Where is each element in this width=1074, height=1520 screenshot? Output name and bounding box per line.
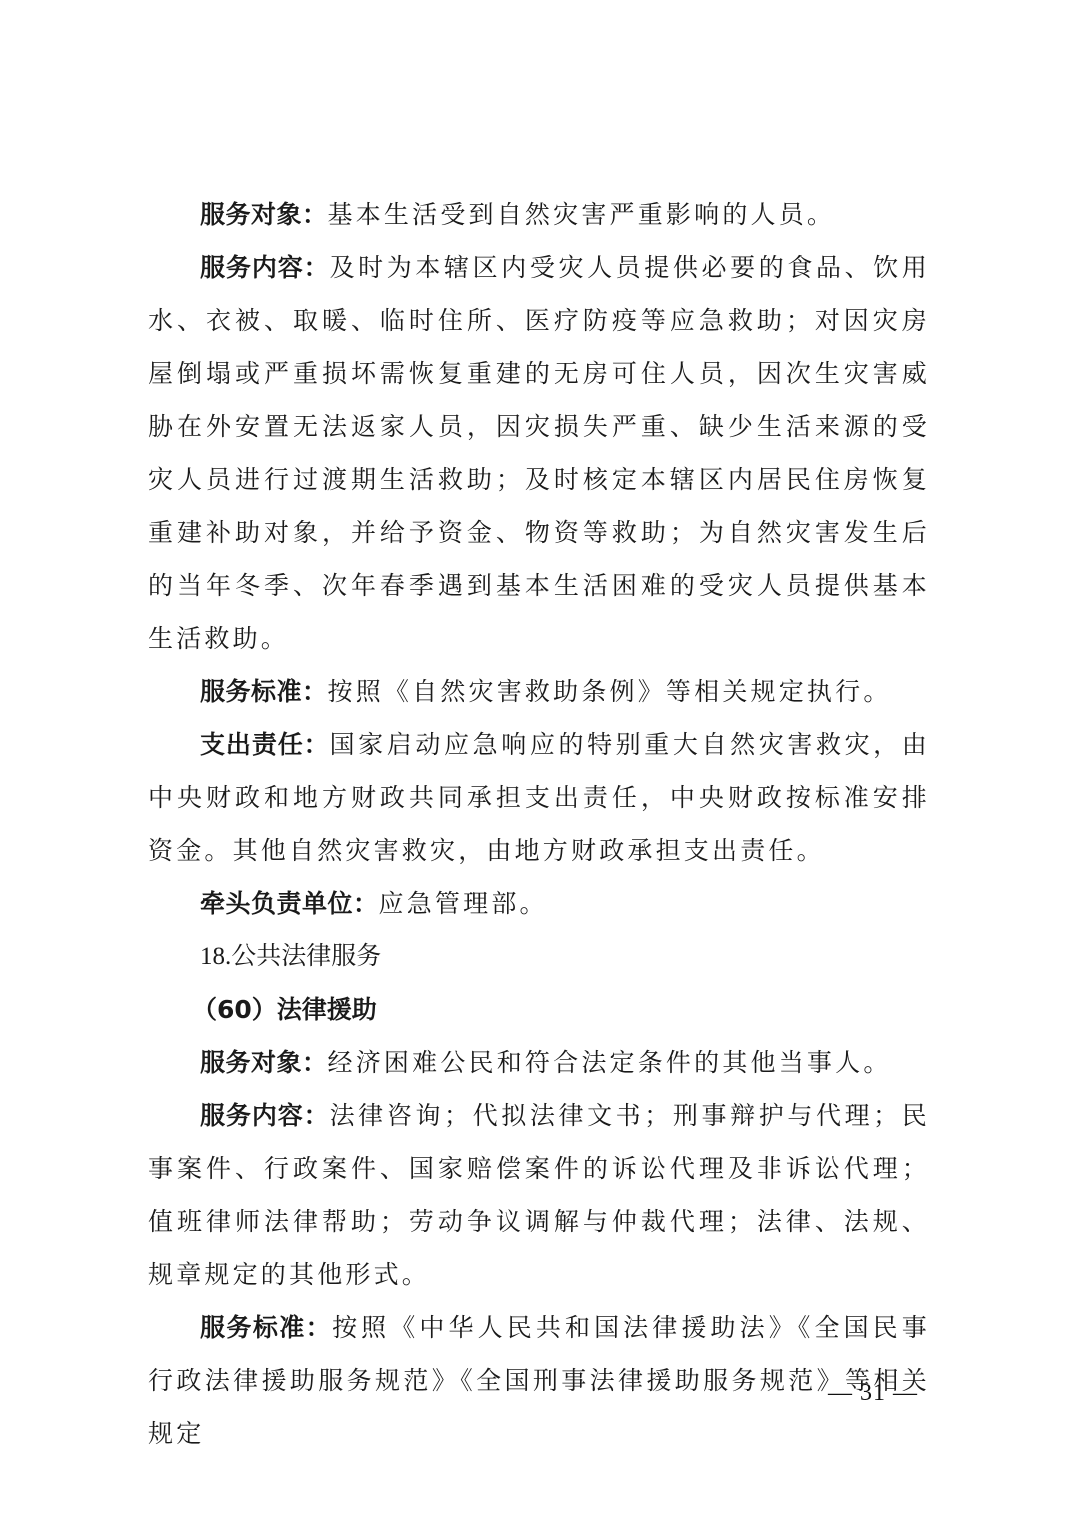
label-service-target-2: 服务对象： <box>200 1048 328 1077</box>
paragraph-expense-responsibility: 支出责任：国家启动应急响应的特别重大自然灾害救灾，由中央财政和地方财政共同承担支… <box>148 718 930 877</box>
page-number: — 31 — <box>828 1380 918 1407</box>
label-service-standard: 服务标准： <box>200 677 328 706</box>
paragraph-service-standard-2: 服务标准：按照《中华人民共和国法律援助法》《全国民事行政法律援助服务规范》《全国… <box>148 1301 930 1460</box>
paragraph-service-content: 服务内容：及时为本辖区内受灾人员提供必要的食品、饮用水、衣被、取暖、临时住所、医… <box>148 241 930 665</box>
label-service-standard-2: 服务标准： <box>200 1313 332 1342</box>
item-heading: （60）法律援助 <box>148 983 930 1036</box>
paragraph-service-target: 服务对象：基本生活受到自然灾害严重影响的人员。 <box>148 188 930 241</box>
label-service-target: 服务对象： <box>200 200 328 229</box>
label-service-content: 服务内容： <box>200 253 330 282</box>
document-page: 服务对象：基本生活受到自然灾害严重影响的人员。 服务内容：及时为本辖区内受灾人员… <box>148 188 930 1460</box>
paragraph-lead-unit: 牵头负责单位：应急管理部。 <box>148 877 930 930</box>
category-heading: 18.公共法律服务 <box>148 930 930 983</box>
label-expense-responsibility: 支出责任： <box>200 730 330 759</box>
label-lead-unit: 牵头负责单位： <box>200 889 379 918</box>
paragraph-service-content-2: 服务内容：法律咨询；代拟法律文书；刑事辩护与代理；民事案件、行政案件、国家赔偿案… <box>148 1089 930 1301</box>
paragraph-service-standard: 服务标准：按照《自然灾害救助条例》等相关规定执行。 <box>148 665 930 718</box>
label-service-content-2: 服务内容： <box>200 1101 330 1130</box>
paragraph-service-target-2: 服务对象：经济困难公民和符合法定条件的其他当事人。 <box>148 1036 930 1089</box>
